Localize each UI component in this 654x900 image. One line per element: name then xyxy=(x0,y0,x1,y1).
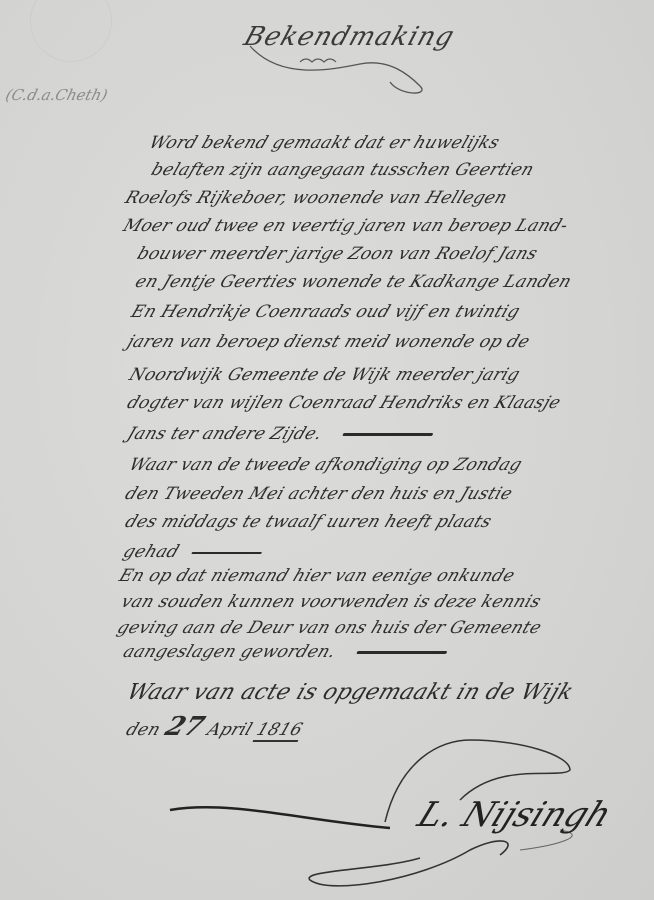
text-line: geving aan de Deur van ons huis der Geme… xyxy=(114,618,544,638)
text-line: belaften zijn aangegaan tusschen Geertie… xyxy=(148,160,537,180)
text-line: dogter van wijlen Coenraad Hendriks en K… xyxy=(124,393,563,413)
margin-annotation: (C.d.a.Cheth) xyxy=(4,86,110,104)
text-line: Noordwijk Gemeente de Wijk meerder jarig xyxy=(126,365,522,385)
text-line: gehad xyxy=(120,542,265,562)
line-filler-dash xyxy=(356,651,447,654)
document-page: Bekendmaking (C.d.a.Cheth) Word bekend g… xyxy=(0,0,654,900)
text-line: van souden kunnen voorwenden is deze ken… xyxy=(118,592,543,612)
faded-stamp xyxy=(30,0,112,62)
date-month: April xyxy=(204,720,255,740)
text-line: Word bekend gemaakt dat er huwelijks xyxy=(146,133,502,153)
text-line: aangeslagen geworden. xyxy=(120,642,450,662)
text-line: Jans ter andere Zijde. xyxy=(124,424,437,444)
text-line: des middags te twaalf uuren heeft plaats xyxy=(122,512,494,532)
date-year: 1816 xyxy=(253,720,305,742)
text-line: bouwer meerder jarige Zoon van Roelof Ja… xyxy=(134,244,540,264)
line-filler-dash xyxy=(343,433,434,436)
text-line: En op dat niemand hier van eenige onkund… xyxy=(116,566,517,586)
date-day: 27 xyxy=(161,712,209,742)
signature: L. Nijsingh xyxy=(412,795,617,835)
document-title: Bekendmaking xyxy=(240,22,458,52)
text-line: Roelofs Rijkeboer, woonende van Hellegen xyxy=(122,188,510,208)
text-line: Waar van acte is opgemaakt in de Wijk xyxy=(123,680,576,705)
text-line: Moer oud twee en veertig jaren van beroe… xyxy=(120,216,570,236)
text-line: jaren van beroep dienst meid wonende op … xyxy=(124,332,532,352)
text-line: Waar van de tweede afkondiging op Zondag xyxy=(126,455,525,475)
text-line: en Jentje Geerties wonende te Kadkange L… xyxy=(132,272,574,292)
date-line: den 27 April 1816 xyxy=(123,712,309,742)
text-line: den Tweeden Mei achter den huis en Justi… xyxy=(122,484,515,504)
text-line: En Hendrikje Coenraads oud vijf en twint… xyxy=(128,302,522,322)
line-filler-dash xyxy=(192,552,263,554)
